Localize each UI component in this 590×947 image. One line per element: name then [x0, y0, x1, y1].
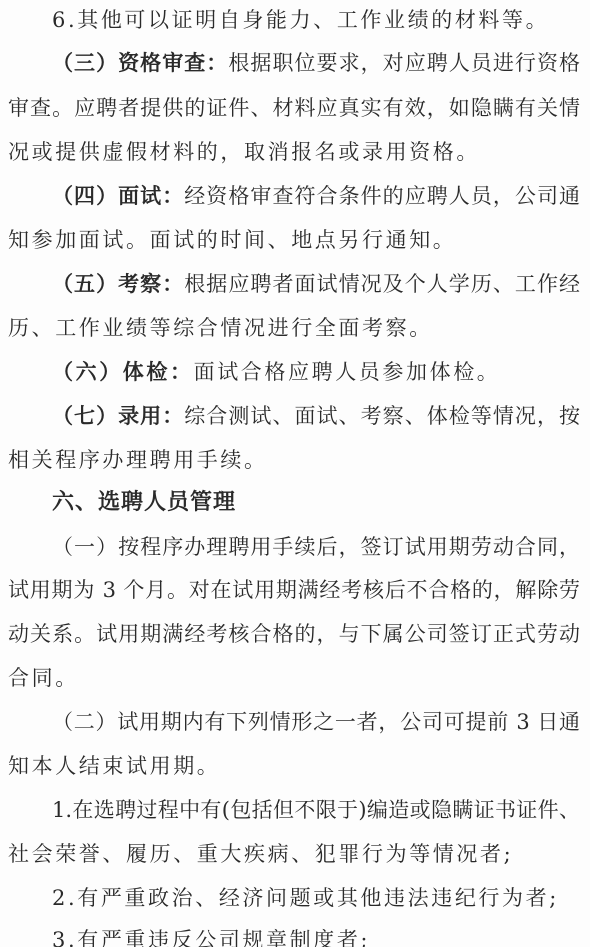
paragraph-line: 合同。	[8, 663, 79, 693]
section-heading-personnel-management: 六、选聘人员管理	[52, 488, 236, 518]
list-item-2: 2.有严重政治、经济问题或其他违法违纪行为者;	[52, 883, 559, 913]
paragraph-line: 历、工作业绩等综合情况进行全面考察。	[8, 313, 433, 343]
line-text: 6.其他可以证明自身能力、工作业绩的材料等。	[52, 8, 549, 32]
section-qualification-review: （三）资格审查：根据职位要求，对应聘人员进行资格	[52, 48, 580, 78]
line-text: 历、工作业绩等综合情况进行全面考察。	[8, 316, 433, 340]
paragraph-line: 况或提供虚假材料的，取消报名或录用资格。	[8, 137, 480, 167]
paragraph-line: 社会荣誉、履历、重大疾病、犯罪行为等情况者;	[8, 839, 513, 869]
section-medical-exam: （六）体检：面试合格应聘人员参加体检。	[52, 357, 500, 387]
line-text: 况或提供虚假材料的，取消报名或录用资格。	[8, 140, 480, 164]
line-text: 1.在选聘过程中有(包括但不限于)编造或隐瞒证书证件、	[52, 798, 580, 822]
list-item-1: 1.在选聘过程中有(包括但不限于)编造或隐瞒证书证件、	[52, 795, 580, 825]
line-text: 3.有严重违反公司规章制度者;	[52, 928, 370, 947]
line-text: 知参加面试。面试的时间、地点另行通知。	[8, 228, 456, 252]
paragraph-line: （二）试用期内有下列情形之一者，公司可提前 3 日通	[52, 707, 580, 737]
paragraph-line: 相关程序办理聘用手续。	[8, 445, 268, 475]
line-text: 经资格审查符合条件的应聘人员，公司通	[184, 184, 580, 208]
paragraph-line: （一）按程序办理聘用手续后，签订试用期劳动合同，	[52, 532, 580, 562]
line-text: 2.有严重政治、经济问题或其他违法违纪行为者;	[52, 886, 559, 910]
section-label: （三）资格审查：	[52, 50, 228, 75]
section-assessment: （五）考察：根据应聘者面试情况及个人学历、工作经	[52, 269, 580, 299]
line-text: 审查。应聘者提供的证件、材料应真实有效，如隐瞒有关情	[8, 96, 580, 120]
section-label: （五）考察：	[52, 271, 184, 296]
paragraph-line: 知参加面试。面试的时间、地点另行通知。	[8, 225, 456, 255]
section-hiring: （七）录用：综合测试、面试、考察、体检等情况，按	[52, 401, 580, 431]
line-text: 社会荣誉、履历、重大疾病、犯罪行为等情况者;	[8, 842, 513, 866]
section-label: （七）录用：	[52, 403, 184, 428]
paragraph-line: 知本人结束试用期。	[8, 751, 220, 781]
paragraph-line: 动关系。试用期满经考核合格的，与下属公司签订正式劳动	[8, 619, 580, 649]
line-text: 试用期为 3 个月。对在试用期满经考核后不合格的，解除劳	[8, 578, 580, 602]
line-text: 根据应聘者面试情况及个人学历、工作经	[184, 272, 580, 296]
paragraph-line: 试用期为 3 个月。对在试用期满经考核后不合格的，解除劳	[8, 575, 580, 605]
line-text: 综合测试、面试、考察、体检等情况，按	[184, 404, 580, 428]
section-interview: （四）面试：经资格审查符合条件的应聘人员，公司通	[52, 181, 580, 211]
line-text: 根据职位要求，对应聘人员进行资格	[228, 51, 580, 75]
line-text: 合同。	[8, 666, 79, 690]
paragraph-line: 审查。应聘者提供的证件、材料应真实有效，如隐瞒有关情	[8, 93, 580, 123]
line-text: 知本人结束试用期。	[8, 754, 220, 778]
line-text: 面试合格应聘人员参加体检。	[194, 360, 501, 384]
document-page: 6.其他可以证明自身能力、工作业绩的材料等。 （三）资格审查：根据职位要求，对应…	[0, 0, 590, 947]
section-label: （六）体检：	[52, 359, 194, 384]
list-item-6: 6.其他可以证明自身能力、工作业绩的材料等。	[52, 5, 549, 35]
line-text: 动关系。试用期满经考核合格的，与下属公司签订正式劳动	[8, 622, 580, 646]
section-label: （四）面试：	[52, 183, 184, 208]
heading-text: 六、选聘人员管理	[52, 490, 236, 515]
line-text: 相关程序办理聘用手续。	[8, 448, 268, 472]
line-text: （二）试用期内有下列情形之一者，公司可提前 3 日通	[52, 710, 580, 734]
list-item-3: 3.有严重违反公司规章制度者;	[52, 925, 370, 947]
line-text: （一）按程序办理聘用手续后，签订试用期劳动合同，	[52, 535, 580, 559]
